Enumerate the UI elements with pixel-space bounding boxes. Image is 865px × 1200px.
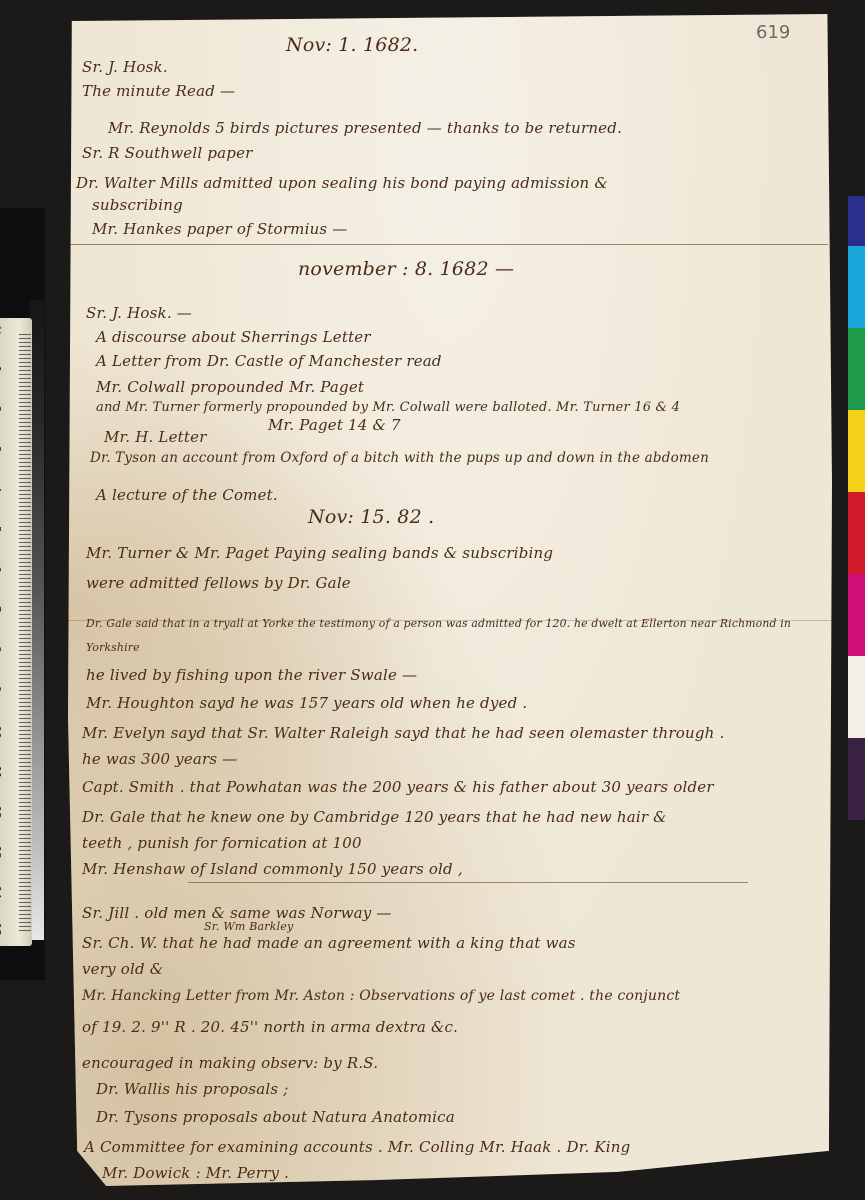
manuscript-line: of 19. 2. 9'' R . 20. 45'' north in arma… <box>82 1018 458 1036</box>
color-calibration-chart <box>848 196 865 960</box>
ruler-label: 10 mm <box>0 726 2 756</box>
entry-date: Nov: 1. 1682. <box>286 34 418 56</box>
interlinear-note: Sr. Wm Barkley <box>204 920 293 933</box>
folio-number: 619 <box>756 22 790 43</box>
swatch-black <box>848 820 865 940</box>
manuscript-line: Mr. Colwall propounded Mr. Paget <box>96 378 364 396</box>
swatch-blue <box>848 196 865 246</box>
manuscript-line: Dr. Tysons proposals about Natura Anatom… <box>96 1108 455 1126</box>
ruler-label: 8 <box>0 646 2 652</box>
ruler-label: 6 <box>0 566 2 572</box>
manuscript-line: Mr. Evelyn sayd that Sr. Walter Raleigh … <box>82 724 724 742</box>
manuscript-line: Capt. Smith . that Powhatan was the 200 … <box>82 778 714 796</box>
ruler-label: 1 <box>0 366 2 372</box>
manuscript-line: Dr. Wallis his proposals ; <box>96 1080 289 1098</box>
manuscript-line: Mr. Dowick : Mr. Perry . <box>102 1164 289 1182</box>
swatch-magenta <box>848 574 865 656</box>
manuscript-line: Mr. Hancking Letter from Mr. Aston : Obs… <box>82 988 680 1004</box>
ruler-label: 7 <box>0 606 2 612</box>
section-divider <box>68 244 828 245</box>
manuscript-line: A Letter from Dr. Castle of Manchester r… <box>96 352 442 370</box>
swatch-red <box>848 492 865 574</box>
manuscript-page: 619 Nov: 1. 1682. Sr. J. Hosk. The minut… <box>68 14 832 1186</box>
ruler-label: 12 <box>0 806 2 819</box>
ruler-label: 4 <box>0 486 2 492</box>
swatch-purple <box>848 738 865 820</box>
ruler-label: 11 <box>0 766 2 779</box>
manuscript-line: Dr. Walter Mills admitted upon sealing h… <box>76 174 608 192</box>
manuscript-line: and Mr. Turner formerly propounded by Mr… <box>96 400 680 415</box>
manuscript-line: very old & <box>82 960 163 978</box>
manuscript-line: Mr. Houghton sayd he was 157 years old w… <box>86 694 527 712</box>
manuscript-line: Mr. Hankes paper of Stormius — <box>92 220 348 238</box>
entry-date: Nov: 15. 82 . <box>308 506 434 528</box>
ruler-label: 14 <box>0 886 2 899</box>
manuscript-line: Sr. J. Hosk. — <box>86 304 192 322</box>
manuscript-line: Dr. Gale said that in a tryall at Yorke … <box>86 612 826 660</box>
manuscript-line: Sr. Ch. W. that he had made an agreement… <box>82 934 576 952</box>
manuscript-line: Sr. R Southwell paper <box>82 144 253 162</box>
swatch-white <box>848 656 865 738</box>
manuscript-line: A discourse about Sherrings Letter <box>96 328 371 346</box>
manuscript-line: were admitted fellows by Dr. Gale <box>86 574 351 592</box>
manuscript-line: A lecture of the Comet. <box>96 486 278 504</box>
ruler-ticks <box>19 334 31 934</box>
manuscript-line: he lived by fishing upon the river Swale… <box>86 666 417 684</box>
manuscript-line: Dr. Gale that he knew one by Cambridge 1… <box>82 808 667 826</box>
ruler-label: 5 <box>0 526 2 532</box>
swatch-green <box>848 328 865 410</box>
manuscript-line: subscribing <box>92 196 183 214</box>
ruler-unit-label: ½ mm <box>0 326 2 356</box>
ruler-label: 9 <box>0 686 2 692</box>
ruler-label: 2 <box>0 406 2 412</box>
swatch-yellow <box>848 410 865 492</box>
section-divider <box>188 882 748 883</box>
ruler-label: 15 <box>0 923 2 936</box>
manuscript-line: Mr. Turner & Mr. Paget Paying sealing ba… <box>86 544 553 562</box>
manuscript-line: Mr. Henshaw of Island commonly 150 years… <box>82 860 463 878</box>
manuscript-line: Dr. Tyson an account from Oxford of a bi… <box>90 450 709 466</box>
grayscale-strip <box>30 300 44 940</box>
ruler-label: 13 <box>0 846 2 859</box>
entry-date: november : 8. 1682 — <box>298 258 514 280</box>
manuscript-line: Mr. Reynolds 5 birds pictures presented … <box>108 119 622 137</box>
ruler-label: 3 <box>0 446 2 452</box>
manuscript-line: A Committee for examining accounts . Mr.… <box>84 1138 630 1156</box>
manuscript-line: Sr. J. Hosk. <box>82 58 168 76</box>
manuscript-line: Mr. H. Letter <box>104 428 207 446</box>
manuscript-line: he was 300 years — <box>82 750 237 768</box>
manuscript-line: Mr. Paget 14 & 7 <box>268 416 401 434</box>
manuscript-line: encouraged in making observ: by R.S. <box>82 1054 378 1072</box>
manuscript-line: teeth , punish for fornication at 100 <box>82 834 362 852</box>
manuscript-line: The minute Read — <box>82 82 235 100</box>
swatch-cyan <box>848 246 865 328</box>
